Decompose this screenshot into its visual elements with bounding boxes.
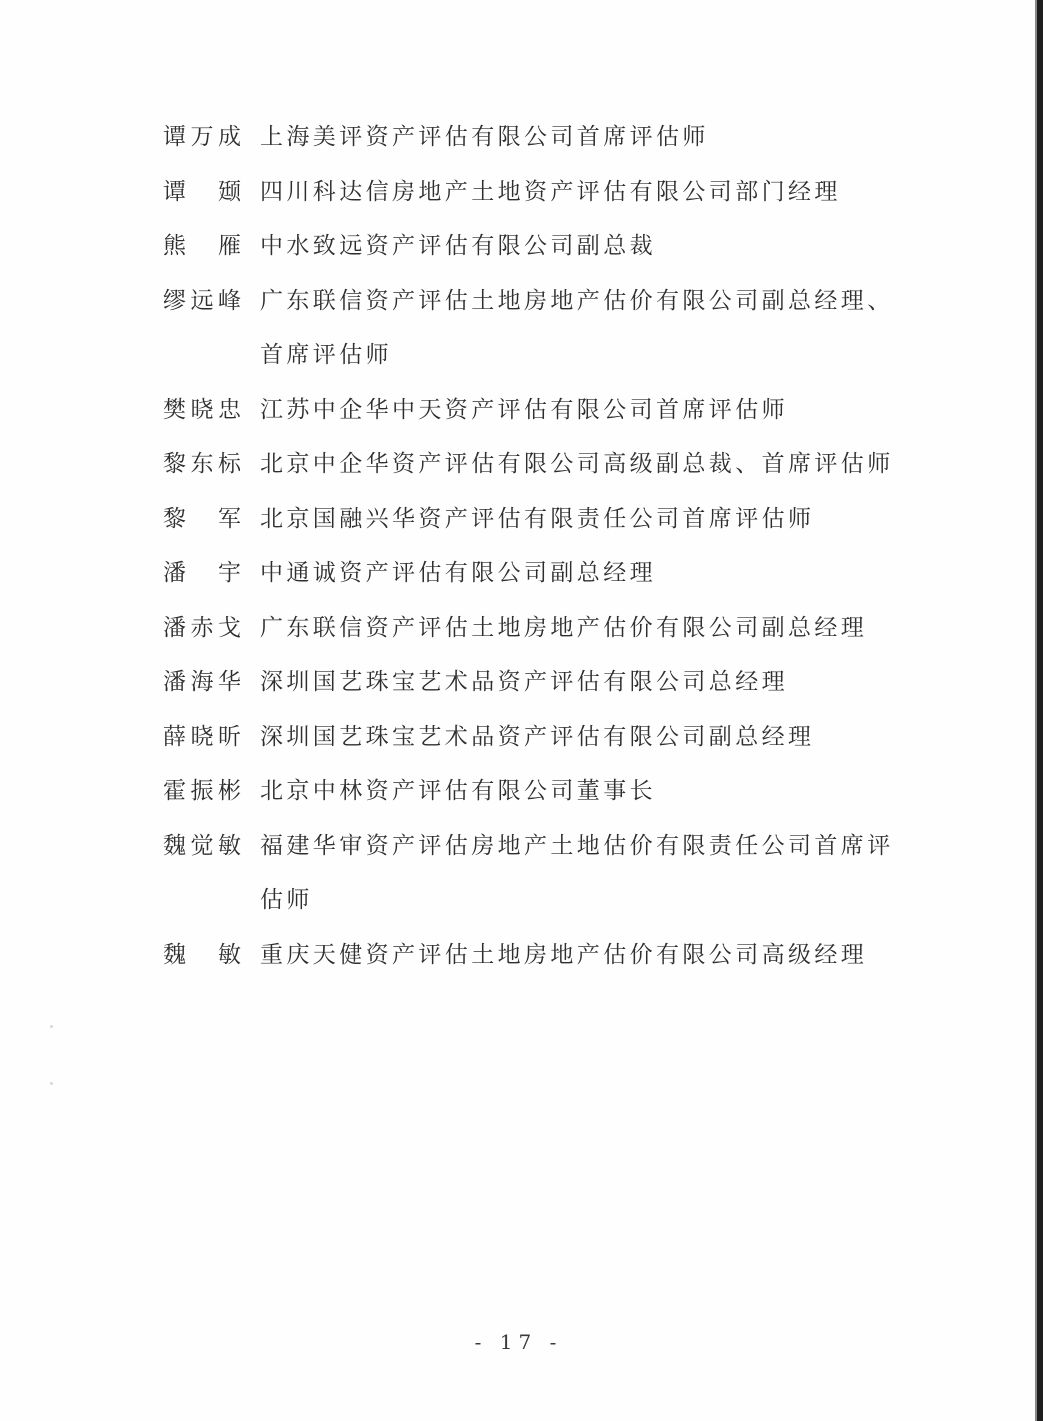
title-line: 四川科达信房地产土地资产评估有限公司部门经理 (260, 165, 895, 220)
person-title: 福建华审资产评估房地产土地估价有限责任公司首席评 估师 (260, 819, 895, 928)
list-item: 魏 敏 重庆天健资产评估土地房地产估价有限公司高级经理 (163, 928, 903, 983)
list-item: 熊 雁 中水致远资产评估有限公司副总裁 (163, 219, 903, 274)
person-title: 北京国融兴华资产评估有限责任公司首席评估师 (260, 492, 895, 547)
list-item: 薛晓昕 深圳国艺珠宝艺术品资产评估有限公司副总经理 (163, 710, 903, 765)
person-name: 潘 宇 (163, 546, 241, 601)
title-line: 深圳国艺珠宝艺术品资产评估有限公司总经理 (260, 655, 895, 710)
list-item: 樊晓忠 江苏中企华中天资产评估有限公司首席评估师 (163, 383, 903, 438)
person-name: 樊晓忠 (163, 383, 241, 438)
document-page: 谭万成 上海美评资产评估有限公司首席评估师 谭 颋 四川科达信房地产土地资产评估… (0, 0, 1037, 1421)
list-item: 潘 宇 中通诚资产评估有限公司副总经理 (163, 546, 903, 601)
person-name: 缪远峰 (163, 274, 241, 329)
title-line: 估师 (260, 873, 895, 928)
person-name: 魏 敏 (163, 928, 241, 983)
person-title: 上海美评资产评估有限公司首席评估师 (260, 110, 895, 165)
scan-speck (50, 1082, 53, 1085)
title-line: 中水致远资产评估有限公司副总裁 (260, 219, 895, 274)
list-item: 霍振彬 北京中林资产评估有限公司董事长 (163, 764, 903, 819)
title-line: 北京中林资产评估有限公司董事长 (260, 764, 895, 819)
person-title: 中水致远资产评估有限公司副总裁 (260, 219, 895, 274)
page-number: - 17 - (0, 1330, 1037, 1354)
person-name: 谭 颋 (163, 165, 241, 220)
person-name: 霍振彬 (163, 764, 241, 819)
title-line: 广东联信资产评估土地房地产估价有限公司副总经理、 (260, 274, 895, 329)
scan-speck (50, 1025, 53, 1028)
person-name: 黎 军 (163, 492, 241, 547)
person-name: 谭万成 (163, 110, 241, 165)
person-name: 熊 雁 (163, 219, 241, 274)
title-line: 江苏中企华中天资产评估有限公司首席评估师 (260, 383, 895, 438)
person-name: 潘赤戈 (163, 601, 241, 656)
person-title: 重庆天健资产评估土地房地产估价有限公司高级经理 (260, 928, 895, 983)
person-name: 魏觉敏 (163, 819, 241, 874)
list-item: 谭万成 上海美评资产评估有限公司首席评估师 (163, 110, 903, 165)
person-title: 深圳国艺珠宝艺术品资产评估有限公司副总经理 (260, 710, 895, 765)
list-item: 黎 军 北京国融兴华资产评估有限责任公司首席评估师 (163, 492, 903, 547)
page-edge (1037, 0, 1043, 1421)
title-line: 重庆天健资产评估土地房地产估价有限公司高级经理 (260, 928, 895, 983)
list-item: 缪远峰 广东联信资产评估土地房地产估价有限公司副总经理、 首席评估师 (163, 274, 903, 383)
list-item: 魏觉敏 福建华审资产评估房地产土地估价有限责任公司首席评 估师 (163, 819, 903, 928)
person-title: 中通诚资产评估有限公司副总经理 (260, 546, 895, 601)
person-name: 黎东标 (163, 437, 241, 492)
title-line: 中通诚资产评估有限公司副总经理 (260, 546, 895, 601)
title-line: 北京国融兴华资产评估有限责任公司首席评估师 (260, 492, 895, 547)
list-item: 潘赤戈 广东联信资产评估土地房地产估价有限公司副总经理 (163, 601, 903, 656)
title-line: 北京中企华资产评估有限公司高级副总裁、首席评估师 (260, 437, 895, 492)
list-item: 谭 颋 四川科达信房地产土地资产评估有限公司部门经理 (163, 165, 903, 220)
person-title: 北京中林资产评估有限公司董事长 (260, 764, 895, 819)
person-title: 四川科达信房地产土地资产评估有限公司部门经理 (260, 165, 895, 220)
title-line: 上海美评资产评估有限公司首席评估师 (260, 110, 895, 165)
member-list: 谭万成 上海美评资产评估有限公司首席评估师 谭 颋 四川科达信房地产土地资产评估… (163, 110, 903, 982)
person-title: 广东联信资产评估土地房地产估价有限公司副总经理、 首席评估师 (260, 274, 895, 383)
title-line: 深圳国艺珠宝艺术品资产评估有限公司副总经理 (260, 710, 895, 765)
title-line: 首席评估师 (260, 328, 895, 383)
person-title: 江苏中企华中天资产评估有限公司首席评估师 (260, 383, 895, 438)
person-title: 北京中企华资产评估有限公司高级副总裁、首席评估师 (260, 437, 895, 492)
person-title: 广东联信资产评估土地房地产估价有限公司副总经理 (260, 601, 895, 656)
list-item: 黎东标 北京中企华资产评估有限公司高级副总裁、首席评估师 (163, 437, 903, 492)
person-name: 薛晓昕 (163, 710, 241, 765)
title-line: 广东联信资产评估土地房地产估价有限公司副总经理 (260, 601, 895, 656)
title-line: 福建华审资产评估房地产土地估价有限责任公司首席评 (260, 819, 895, 874)
person-title: 深圳国艺珠宝艺术品资产评估有限公司总经理 (260, 655, 895, 710)
list-item: 潘海华 深圳国艺珠宝艺术品资产评估有限公司总经理 (163, 655, 903, 710)
person-name: 潘海华 (163, 655, 241, 710)
